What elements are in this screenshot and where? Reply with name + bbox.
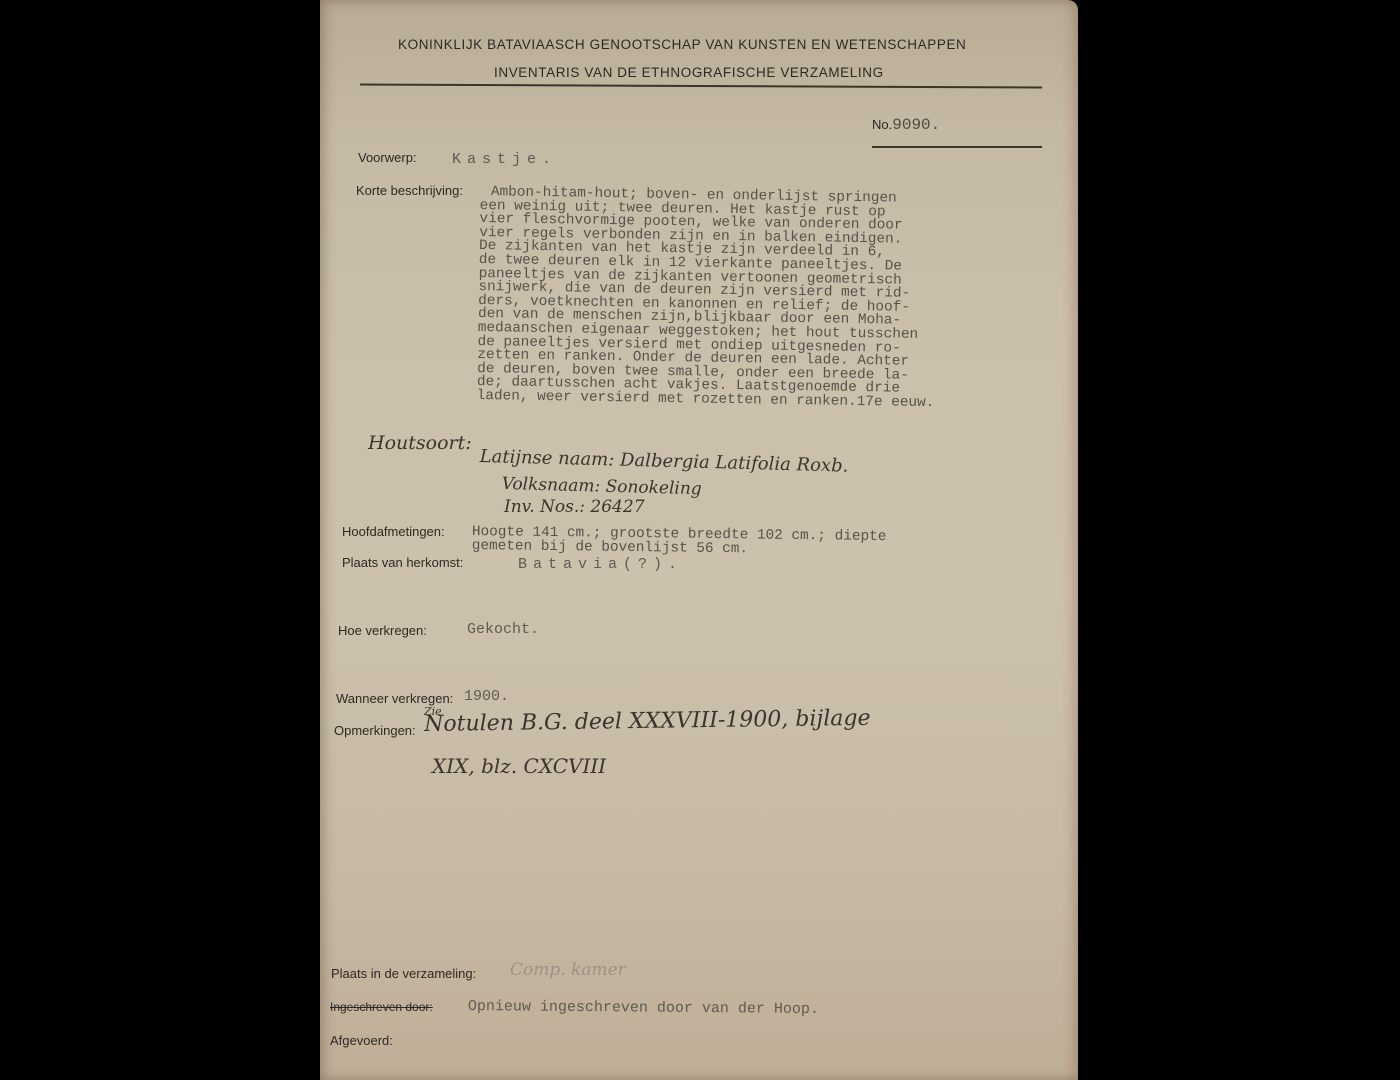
korte-beschrijving-label: Korte beschrijving: (356, 183, 463, 198)
wanneer-verkregen-value: 1900. (464, 688, 509, 705)
inventory-subtitle: INVENTARIS VAN DE ETHNOGRAFISCHE VERZAME… (494, 65, 884, 80)
voorwerp-value: Kastje. (452, 151, 557, 168)
plaats-in-verzameling-value: Comp. kamer (510, 960, 626, 980)
voorwerp-label: Voorwerp: (358, 150, 417, 165)
hoe-verkregen-value: Gekocht. (467, 621, 539, 638)
houtsoort-inv-nos: Inv. Nos.: 26427 (504, 497, 645, 517)
ingeschreven-door-value: Opnieuw ingeschreven door van der Hoop. (468, 998, 819, 1018)
institution-heading: KONINKLIJK BATAVIAASCH GENOOTSCHAP VAN K… (398, 37, 966, 52)
hoe-verkregen-label: Hoe verkregen: (338, 623, 427, 638)
houtsoort-common-name: Volksnaam: Sonokeling (501, 474, 701, 499)
hoofdafmetingen-label: Hoofdafmetingen: (342, 524, 445, 539)
number-value: 9090. (892, 116, 940, 134)
afgevoerd-label: Afgevoerd: (330, 1033, 393, 1048)
houtsoort-label: Houtsoort: (368, 432, 472, 454)
wanneer-verkregen-label: Wanneer verkregen: (336, 691, 453, 706)
header-rule (360, 84, 1042, 89)
opmerkingen-label: Opmerkingen: (334, 723, 416, 738)
houtsoort-latin-name: Latijnse naam: Dalbergia Latifolia Roxb. (479, 446, 848, 477)
opmerkingen-line-1: Notulen B.G. deel XXXVIII-1900, bijlage (424, 706, 871, 737)
korte-beschrijving-text: Ambon-hitam-hout; boven- en onderlijst s… (477, 186, 938, 411)
ingeschreven-door-label: Ingeschreven door: (330, 1000, 433, 1014)
inventory-card: KONINKLIJK BATAVIAASCH GENOOTSCHAP VAN K… (320, 0, 1078, 1080)
plaats-van-herkomst-label: Plaats van herkomst: (342, 555, 463, 570)
number-rule (872, 146, 1042, 148)
hoofdafmetingen-value: Hoogte 141 cm.; grootste breedte 102 cm.… (472, 526, 887, 558)
opmerkingen-line-2: XIX, blz. CXCVIII (432, 754, 606, 778)
plaats-in-verzameling-label: Plaats in de verzameling: (331, 966, 476, 981)
catalog-number: No.9090. (872, 116, 940, 134)
plaats-van-herkomst-value: Batavia(?). (518, 556, 683, 573)
number-label: No. (872, 117, 892, 132)
